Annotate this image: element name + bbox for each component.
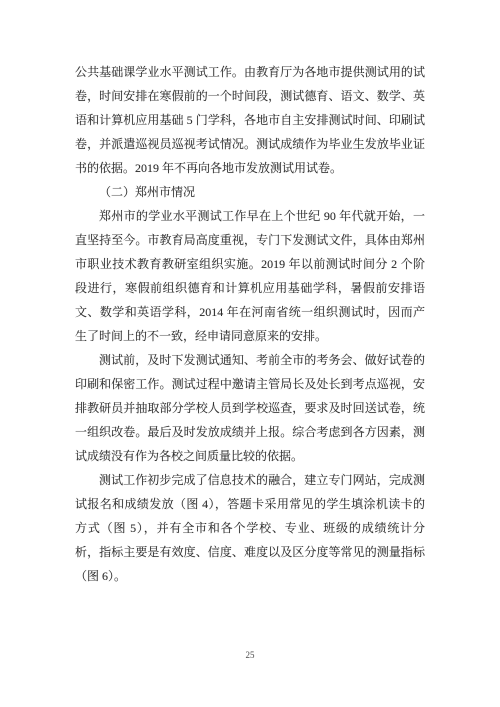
document-page: 公共基础课学业水平测试工作。由教育厅为各地市提供测试用的试卷，时间安排在寒假前的…	[0, 0, 500, 707]
paragraph: 郑州市的学业水平测试工作早在上个世纪 90 年代就开始，一直坚持至今。市教育局高…	[75, 204, 425, 348]
page-body-text: 公共基础课学业水平测试工作。由教育厅为各地市提供测试用的试卷，时间安排在寒假前的…	[75, 60, 425, 588]
paragraph-continuation: 公共基础课学业水平测试工作。由教育厅为各地市提供测试用的试卷，时间安排在寒假前的…	[75, 60, 425, 180]
paragraph: 测试前，及时下发测试通知、考前全市的考务会、做好试卷的印刷和保密工作。测试过程中…	[75, 348, 425, 468]
section-heading: （二）郑州市情况	[75, 180, 425, 204]
paragraph: 测试工作初步完成了信息技术的融合，建立专门网站，完成测试报名和成绩发放（图 4）…	[75, 468, 425, 588]
page-number: 25	[0, 649, 500, 661]
